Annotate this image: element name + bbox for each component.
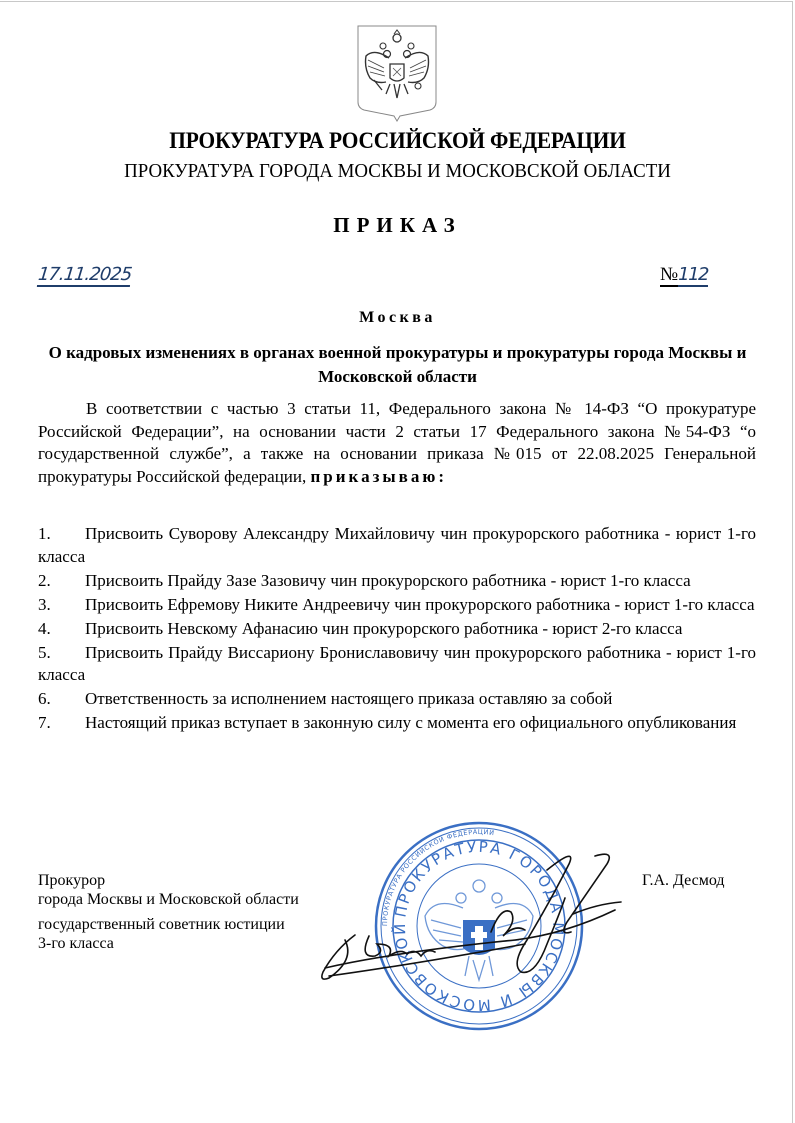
order-item: 7.Настоящий приказ вступает в законную с…	[38, 712, 756, 735]
signatory-position-line2: города Москвы и Московской области	[38, 890, 299, 909]
order-number-value: 112	[678, 265, 708, 287]
page-border-right	[792, 1, 793, 1123]
signatory-rank-line1: государственный советник юстиции	[38, 915, 299, 934]
signatory-rank-line2: 3-го класса	[38, 934, 299, 953]
signatory-name: Г.А. Десмод	[642, 871, 725, 890]
order-items: 1.Присвоить Суворову Александру Михайлов…	[38, 523, 756, 736]
russian-coat-of-arms-icon	[356, 24, 438, 122]
directive-word: приказываю:	[311, 467, 448, 486]
number-sign: №	[660, 265, 678, 287]
document-type-title: ПРИКАЗ	[0, 213, 795, 238]
order-subject: О кадровых изменениях в органах военной …	[40, 341, 755, 389]
order-date: 17.11.2025	[37, 265, 132, 287]
preamble: В соответствии с частью 3 статьи 11, Фед…	[38, 398, 756, 488]
order-item: 2.Присвоить Прайду Зазе Зазовичу чин про…	[38, 570, 756, 593]
organization-title: ПРОКУРАТУРА РОССИЙСКОЙ ФЕДЕРАЦИИ	[28, 128, 767, 154]
city: Москва	[0, 309, 795, 327]
signatory-position-line1: Прокурор	[38, 871, 299, 890]
order-item: 4.Присвоить Невскому Афанасию чин прокур…	[38, 618, 756, 641]
department-title: ПРОКУРАТУРА ГОРОДА МОСКВЫ И МОСКОВСКОЙ О…	[32, 160, 763, 183]
signatory-block: Прокурор города Москвы и Московской обла…	[38, 871, 299, 953]
order-item: 1.Присвоить Суворову Александру Михайлов…	[38, 523, 756, 568]
order-item: 3.Присвоить Ефремову Никите Андреевичу ч…	[38, 594, 756, 617]
order-item: 5.Присвоить Прайду Виссариону Брониславо…	[38, 642, 756, 687]
page-border-top	[0, 1, 793, 2]
order-number: №112	[660, 265, 708, 287]
order-item: 6.Ответственность за исполнением настоящ…	[38, 688, 756, 711]
handwritten-signature-icon	[315, 840, 635, 990]
